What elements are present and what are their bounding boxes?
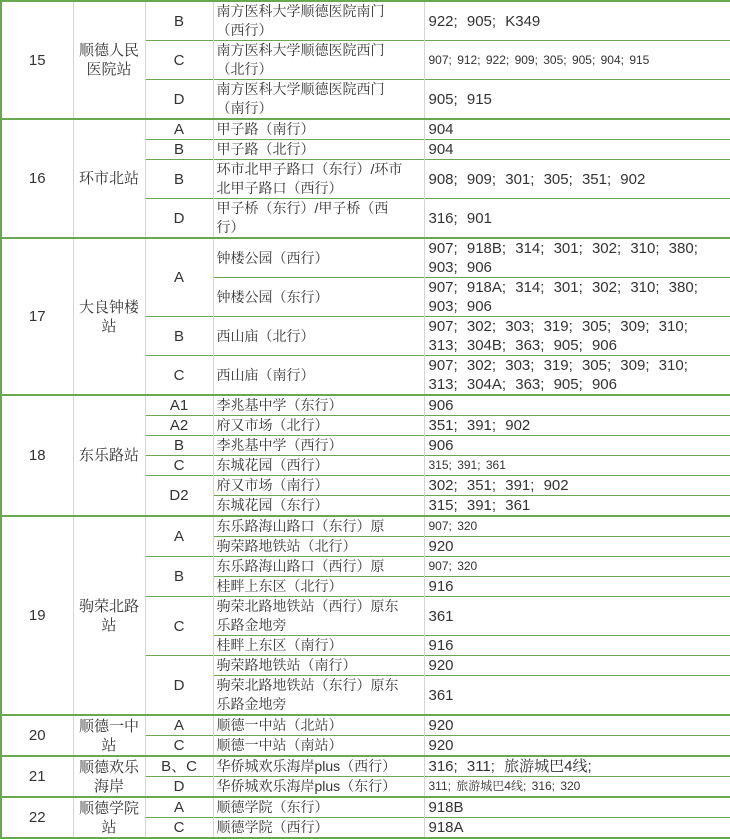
stop-name-cell: 华侨城欢乐海岸plus（东行） (213, 777, 424, 798)
exit-letter-cell: A (145, 797, 213, 818)
routes-cell: 316; 901 (424, 199, 730, 239)
stop-name-cell: 府又市场（南行） (213, 476, 424, 496)
station-name-cell: 顺德一中 站 (73, 715, 145, 756)
routes-cell: 302; 351; 391; 902 (424, 476, 730, 496)
exit-letter-cell: D (145, 80, 213, 120)
exit-letter-cell: B (145, 317, 213, 356)
routes-cell: 904 (424, 140, 730, 160)
exit-letter-cell: C (145, 736, 213, 757)
exit-letter-cell: A (145, 516, 213, 557)
stop-name-cell: 府又市场（北行） (213, 416, 424, 436)
table-row: 18东乐路站A1李兆基中学（东行）906 (1, 395, 730, 416)
exit-letter-cell: A2 (145, 416, 213, 436)
exit-letter-cell: D (145, 656, 213, 716)
stop-name-cell: 驹荣路地铁站（南行） (213, 656, 424, 676)
station-name-cell: 顺德欢乐 海岸 (73, 756, 145, 797)
exit-letter-cell: A (145, 238, 213, 317)
routes-cell: 916 (424, 577, 730, 597)
exit-letter-cell: C (145, 41, 213, 80)
stop-name-cell: 李兆基中学（西行） (213, 436, 424, 456)
exit-letter-cell: C (145, 456, 213, 476)
stop-name-cell: 驹荣北路地铁站（西行）原东 乐路金地旁 (213, 597, 424, 636)
bus-exit-table: 15顺德人民 医院站B南方医科大学顺德医院南门 （西行）922; 905; K3… (0, 0, 730, 839)
stop-name-cell: 顺德一中站（北站） (213, 715, 424, 736)
station-no-cell: 22 (1, 797, 73, 838)
table-row: 20顺德一中 站A顺德一中站（北站）920 (1, 715, 730, 736)
stop-name-cell: 南方医科大学顺德医院南门 （西行） (213, 1, 424, 41)
routes-cell: 907; 912; 922; 909; 305; 905; 904; 915 (424, 41, 730, 80)
routes-cell: 918B (424, 797, 730, 818)
stop-name-cell: 桂畔上东区（南行） (213, 636, 424, 656)
routes-cell: 907; 918B; 314; 301; 302; 310; 380; 903;… (424, 238, 730, 278)
stop-name-cell: 东城花园（东行） (213, 496, 424, 517)
stop-name-cell: 顺德一中站（南站） (213, 736, 424, 757)
routes-cell: 907; 918A; 314; 301; 302; 310; 380; 903;… (424, 278, 730, 317)
routes-cell: 315; 391; 361 (424, 496, 730, 517)
station-name-cell: 环市北站 (73, 119, 145, 238)
exit-letter-cell: A (145, 119, 213, 140)
stop-name-cell: 华侨城欢乐海岸plus（西行） (213, 756, 424, 777)
routes-cell: 905; 915 (424, 80, 730, 120)
exit-letter-cell: A (145, 715, 213, 736)
station-name-cell: 驹荣北路 站 (73, 516, 145, 715)
exit-letter-cell: B (145, 160, 213, 199)
exit-letter-cell: C (145, 818, 213, 839)
station-name-cell: 顺德人民 医院站 (73, 1, 145, 119)
routes-cell: 920 (424, 715, 730, 736)
stop-name-cell: 李兆基中学（东行） (213, 395, 424, 416)
routes-cell: 918A (424, 818, 730, 839)
stop-name-cell: 钟楼公园（西行） (213, 238, 424, 278)
routes-cell: 916 (424, 636, 730, 656)
exit-letter-cell: B (145, 557, 213, 597)
routes-cell: 920 (424, 736, 730, 757)
spreadsheet-area: 15顺德人民 医院站B南方医科大学顺德医院南门 （西行）922; 905; K3… (0, 0, 730, 839)
bus-table-body: 15顺德人民 医院站B南方医科大学顺德医院南门 （西行）922; 905; K3… (1, 1, 730, 838)
station-no-cell: 17 (1, 238, 73, 395)
station-no-cell: 21 (1, 756, 73, 797)
stop-name-cell: 甲子路（南行） (213, 119, 424, 140)
routes-cell: 311; 旅游城巴4线; 316; 320 (424, 777, 730, 798)
table-row: 17大良钟楼 站A钟楼公园（西行）907; 918B; 314; 301; 30… (1, 238, 730, 278)
stop-name-cell: 西山庙（南行） (213, 356, 424, 396)
stop-name-cell: 西山庙（北行） (213, 317, 424, 356)
stop-name-cell: 驹荣北路地铁站（东行）原东 乐路金地旁 (213, 676, 424, 716)
routes-cell: 904 (424, 119, 730, 140)
exit-letter-cell: D2 (145, 476, 213, 517)
routes-cell: 920 (424, 656, 730, 676)
stop-name-cell: 甲子路（北行） (213, 140, 424, 160)
routes-cell: 351; 391; 902 (424, 416, 730, 436)
exit-letter-cell: C (145, 356, 213, 396)
stop-name-cell: 环市北甲子路口（东行）/环市 北甲子路口（西行） (213, 160, 424, 199)
routes-cell: 907; 320 (424, 516, 730, 537)
station-no-cell: 20 (1, 715, 73, 756)
station-no-cell: 18 (1, 395, 73, 516)
table-row: 16环市北站A甲子路（南行）904 (1, 119, 730, 140)
stop-name-cell: 顺德学院（西行） (213, 818, 424, 839)
stop-name-cell: 钟楼公园（东行） (213, 278, 424, 317)
exit-letter-cell: B (145, 140, 213, 160)
stop-name-cell: 南方医科大学顺德医院西门 （南行） (213, 80, 424, 120)
stop-name-cell: 桂畔上东区（北行） (213, 577, 424, 597)
station-no-cell: 19 (1, 516, 73, 715)
routes-cell: 316; 311; 旅游城巴4线; (424, 756, 730, 777)
table-row: 15顺德人民 医院站B南方医科大学顺德医院南门 （西行）922; 905; K3… (1, 1, 730, 41)
table-row: 21顺德欢乐 海岸B、C华侨城欢乐海岸plus（西行）316; 311; 旅游城… (1, 756, 730, 777)
table-row: 22顺德学院 站A顺德学院（东行）918B (1, 797, 730, 818)
exit-letter-cell: B (145, 1, 213, 41)
exit-letter-cell: B (145, 436, 213, 456)
routes-cell: 907; 302; 303; 319; 305; 309; 310; 313; … (424, 317, 730, 356)
stop-name-cell: 东乐路海山路口（东行）原 (213, 516, 424, 537)
routes-cell: 906 (424, 436, 730, 456)
station-name-cell: 顺德学院 站 (73, 797, 145, 838)
routes-cell: 361 (424, 597, 730, 636)
routes-cell: 907; 320 (424, 557, 730, 577)
station-name-cell: 大良钟楼 站 (73, 238, 145, 395)
stop-name-cell: 东乐路海山路口（西行）原 (213, 557, 424, 577)
routes-cell: 315; 391; 361 (424, 456, 730, 476)
routes-cell: 908; 909; 301; 305; 351; 902 (424, 160, 730, 199)
station-name-cell: 东乐路站 (73, 395, 145, 516)
exit-letter-cell: C (145, 597, 213, 656)
exit-letter-cell: D (145, 777, 213, 798)
routes-cell: 907; 302; 303; 319; 305; 309; 310; 313; … (424, 356, 730, 396)
stop-name-cell: 驹荣路地铁站（北行） (213, 537, 424, 557)
stop-name-cell: 甲子桥（东行）/甲子桥（西 行） (213, 199, 424, 239)
table-row: 19驹荣北路 站A东乐路海山路口（东行）原907; 320 (1, 516, 730, 537)
stop-name-cell: 东城花园（西行） (213, 456, 424, 476)
routes-cell: 906 (424, 395, 730, 416)
routes-cell: 920 (424, 537, 730, 557)
exit-letter-cell: A1 (145, 395, 213, 416)
routes-cell: 361 (424, 676, 730, 716)
stop-name-cell: 顺德学院（东行） (213, 797, 424, 818)
exit-letter-cell: D (145, 199, 213, 239)
station-no-cell: 15 (1, 1, 73, 119)
stop-name-cell: 南方医科大学顺德医院西门 （北行） (213, 41, 424, 80)
routes-cell: 922; 905; K349 (424, 1, 730, 41)
exit-letter-cell: B、C (145, 756, 213, 777)
station-no-cell: 16 (1, 119, 73, 238)
